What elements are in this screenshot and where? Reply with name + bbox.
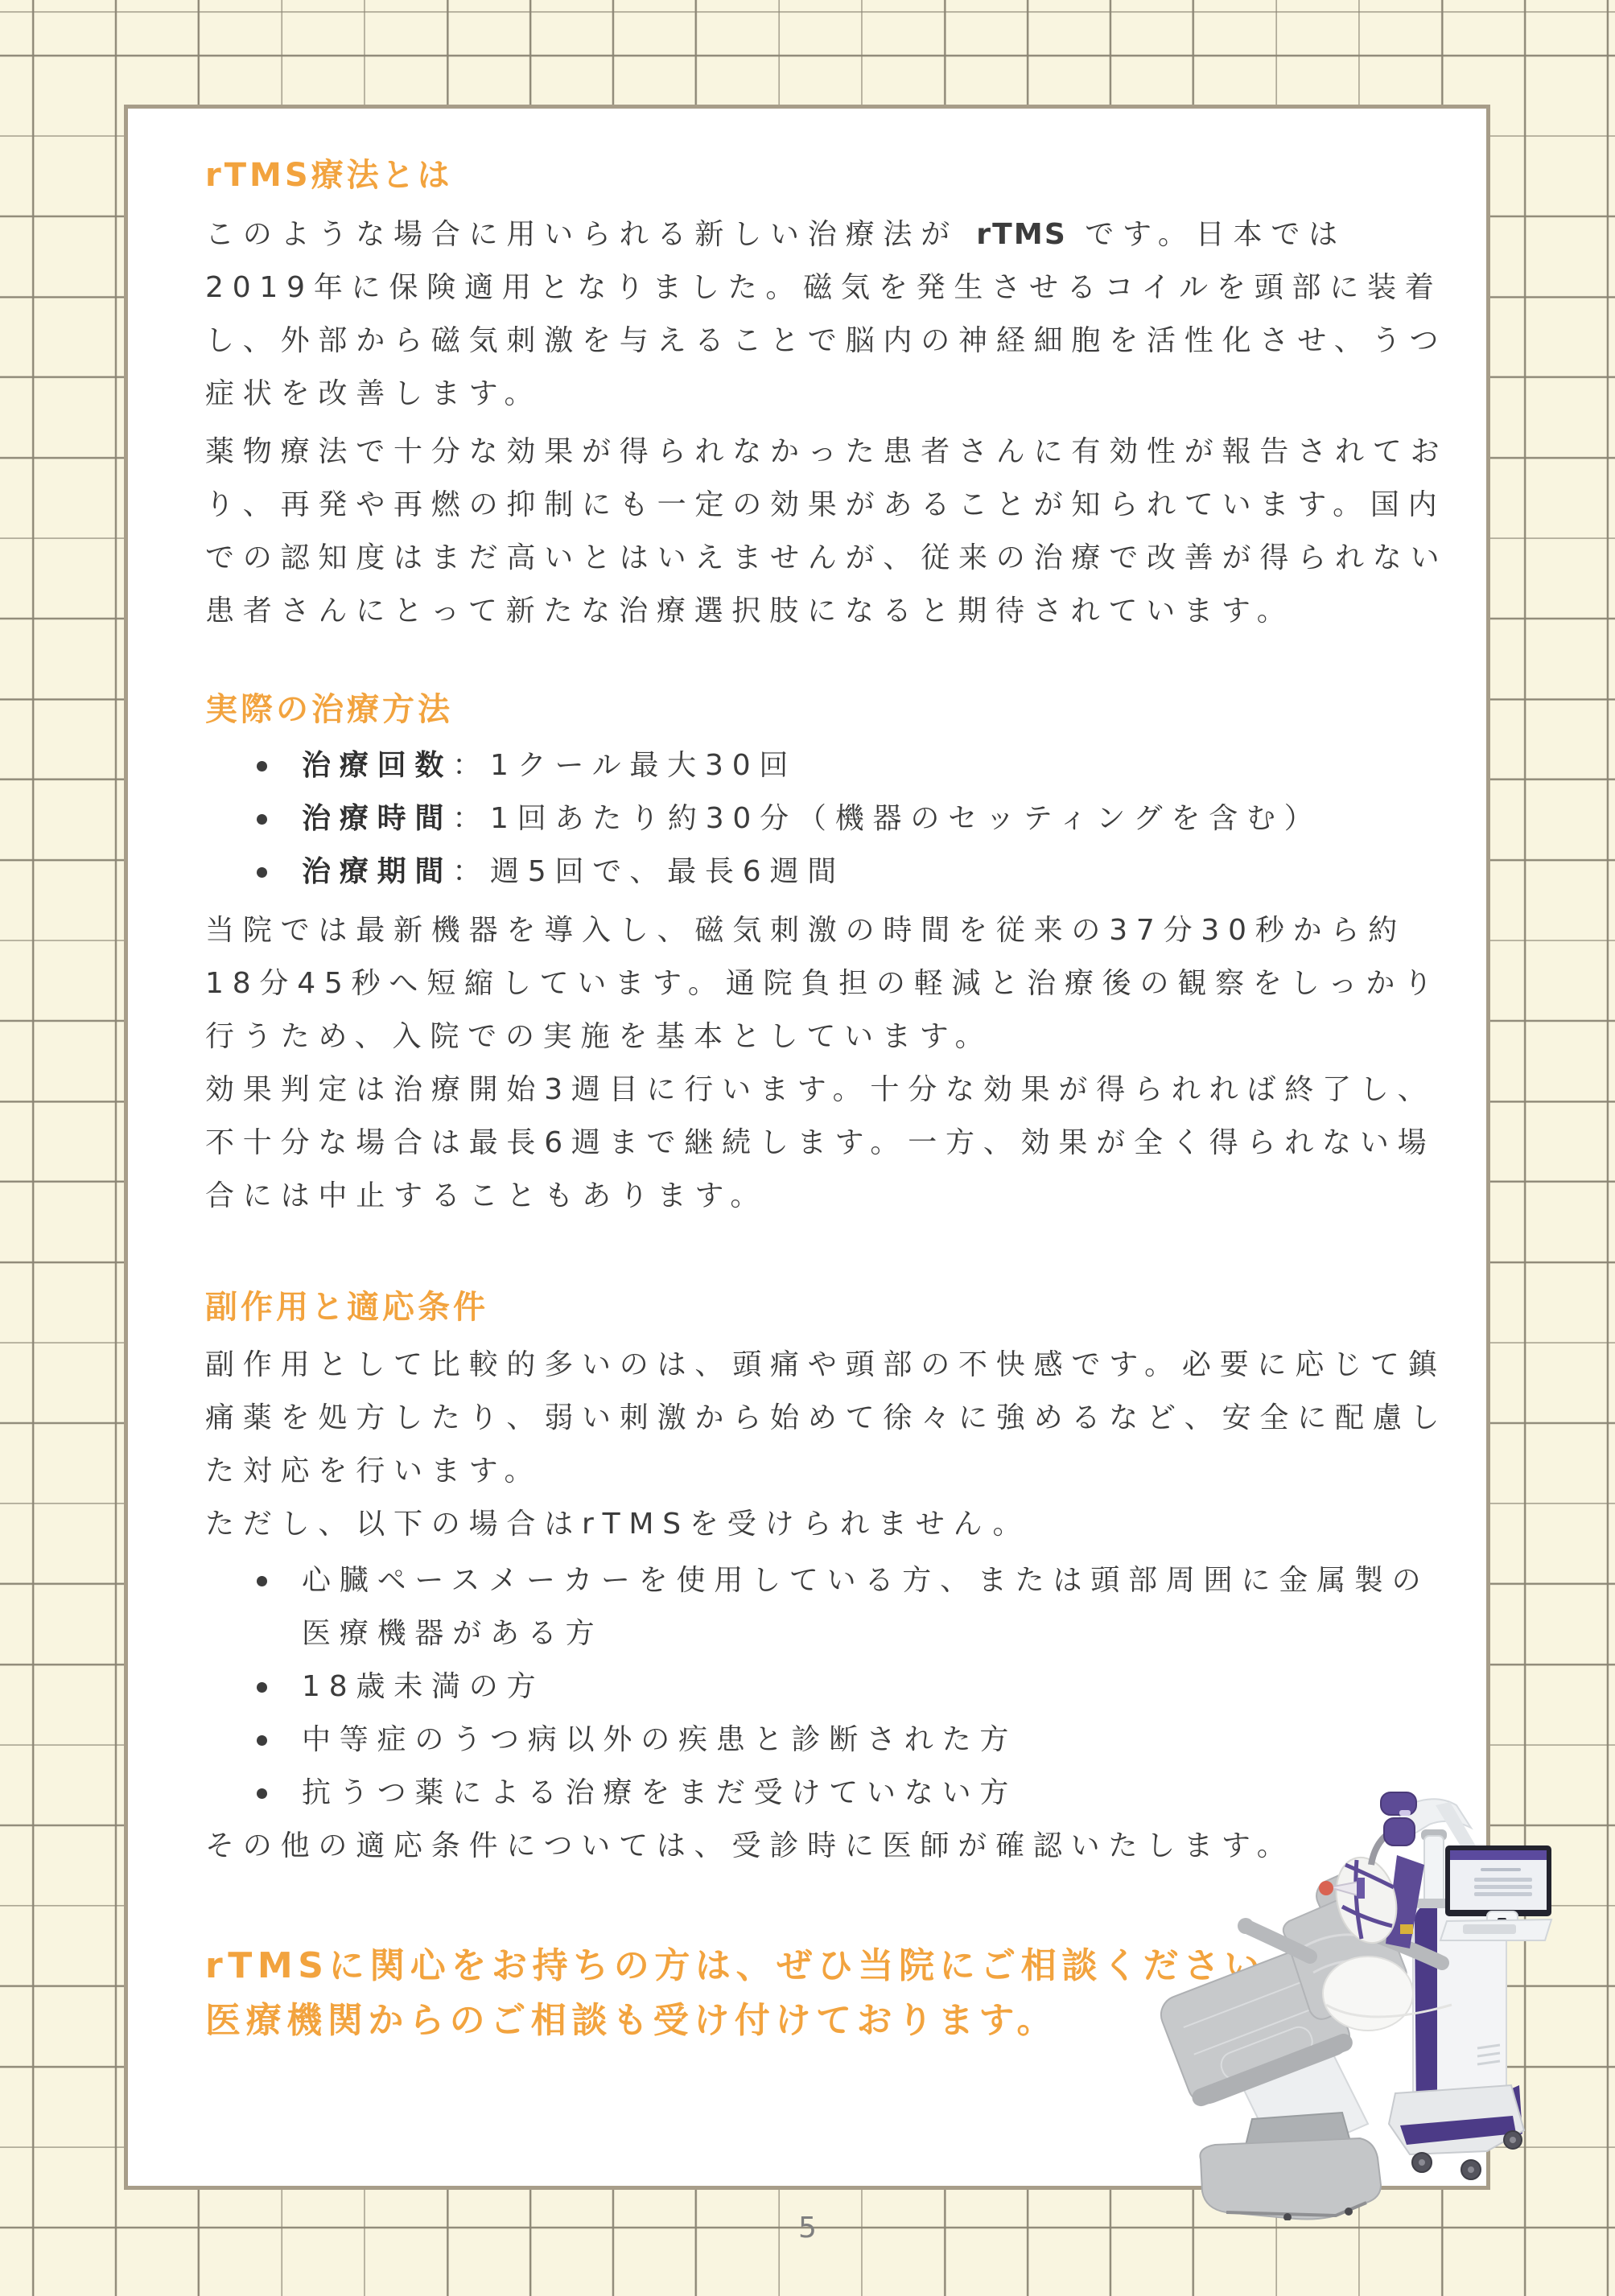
paragraph-text: このような場合に用いられる新しい治療法が: [205, 218, 976, 251]
bullet-text: ：1クール最大30回: [452, 749, 797, 782]
treatment-bullet-period: 治療期間：週5回で、最長6週間: [205, 846, 1451, 899]
rtms-bold-term: rTMS: [976, 218, 1067, 251]
exclusion-bullet-diagnosis: 中等症のうつ病以外の疾患と診断された方: [205, 1714, 1451, 1767]
section-heading-about-rtms: rTMS療法とは: [205, 155, 1451, 195]
paragraph-treatment-2: 効果判定は治療開始3週目に行います。十分な効果が得られれば終了し、不十分な場合は…: [205, 1064, 1451, 1223]
section-heading-treatment-method: 実際の治療方法: [205, 689, 1451, 730]
section-heading-side-effects: 副作用と適応条件: [205, 1287, 1451, 1327]
document-page: rTMS療法とは このような場合に用いられる新しい治療法が rTMS です。日本…: [0, 0, 1615, 2296]
bullet-text: 中等症のうつ病以外の疾患と診断された方: [302, 1723, 1017, 1756]
paragraph-treatment-1: 当院では最新機器を導入し、磁気刺激の時間を従来の37分30秒から約18分45秒へ…: [205, 904, 1451, 1064]
bullet-label: 治療時間: [302, 802, 452, 835]
bullet-label: 治療回数: [302, 749, 452, 782]
bullet-text: 心臓ペースメーカーを使用している方、または頭部周囲に金属製の医療機器がある方: [302, 1564, 1429, 1650]
treatment-bullet-list: 治療回数：1クール最大30回 治療時間：1回あたり約30分（機器のセッティングを…: [205, 739, 1451, 899]
bullet-label: 治療期間: [302, 855, 452, 888]
monitor: [1440, 1845, 1551, 1940]
rtms-machine-image: [1159, 1778, 1561, 2220]
bullet-text: 抗うつ薬による治療をまだ受けていない方: [302, 1776, 1017, 1809]
treatment-bullet-count: 治療回数：1クール最大30回: [205, 739, 1451, 792]
bullet-text: 18歳未満の方: [302, 1670, 544, 1703]
page-number: 5: [0, 2211, 1615, 2246]
paragraph-side-effects-1: 副作用として比較的多いのは、頭痛や頭部の不快感です。必要に応じて鎮痛薬を処方した…: [205, 1339, 1451, 1498]
treatment-bullet-duration: 治療時間：1回あたり約30分（機器のセッティングを含む）: [205, 792, 1451, 846]
paragraph-about-1: このような場合に用いられる新しい治療法が rTMS です。日本では2019年に保…: [205, 208, 1451, 421]
exclusion-bullet-pacemaker: 心臓ペースメーカーを使用している方、または頭部周囲に金属製の医療機器がある方: [205, 1554, 1451, 1660]
paragraph-about-2: 薬物療法で十分な効果が得られなかった患者さんに有効性が報告されており、再発や再燃…: [205, 426, 1451, 638]
paragraph-side-effects-2: ただし、以下の場合はrTMSを受けられません。: [205, 1498, 1451, 1551]
bullet-text: ：週5回で、最長6週間: [452, 855, 845, 888]
bullet-text: ：1回あたり約30分（機器のセッティングを含む）: [452, 802, 1321, 835]
exclusion-bullet-under18: 18歳未満の方: [205, 1660, 1451, 1714]
